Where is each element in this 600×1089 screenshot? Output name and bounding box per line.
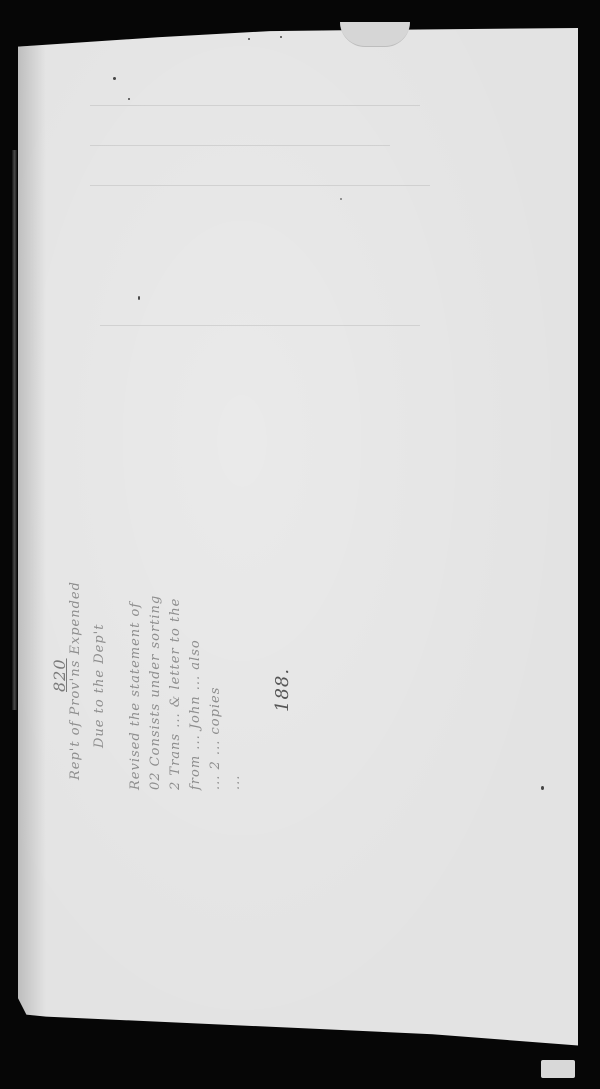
note-line: Revised the statement of bbox=[128, 602, 143, 790]
paper-corner-tab bbox=[541, 1060, 575, 1078]
dust-speck bbox=[541, 786, 544, 790]
dust-speck bbox=[113, 77, 116, 80]
dust-speck bbox=[340, 198, 342, 200]
docket-title-line: Rep't of Prov'ns Expended bbox=[68, 581, 83, 780]
docket-title-line: Due to the Dep't bbox=[92, 624, 107, 748]
note-line: from ... John ... also bbox=[188, 639, 203, 790]
binding-edge bbox=[12, 150, 17, 710]
bleed-through-line bbox=[90, 145, 390, 146]
note-line: 02 Consists under sorting bbox=[148, 595, 163, 790]
dust-speck bbox=[248, 38, 250, 40]
paper-sheet bbox=[18, 28, 578, 1060]
bleed-through-line bbox=[100, 325, 420, 326]
page-number: 188. bbox=[272, 668, 293, 712]
note-line: 2 Trans ... & letter to the bbox=[168, 598, 183, 790]
docket-number: 820 bbox=[50, 658, 69, 692]
note-line: ... bbox=[228, 775, 243, 790]
dust-speck bbox=[138, 296, 140, 300]
dust-speck bbox=[128, 98, 130, 100]
note-line: ... 2 ... copies bbox=[208, 687, 223, 790]
scanned-document: 820 Rep't of Prov'ns Expended Due to the… bbox=[0, 0, 600, 1089]
bleed-through-line bbox=[90, 105, 420, 106]
dust-speck bbox=[280, 36, 282, 38]
bleed-through-line bbox=[90, 185, 430, 186]
